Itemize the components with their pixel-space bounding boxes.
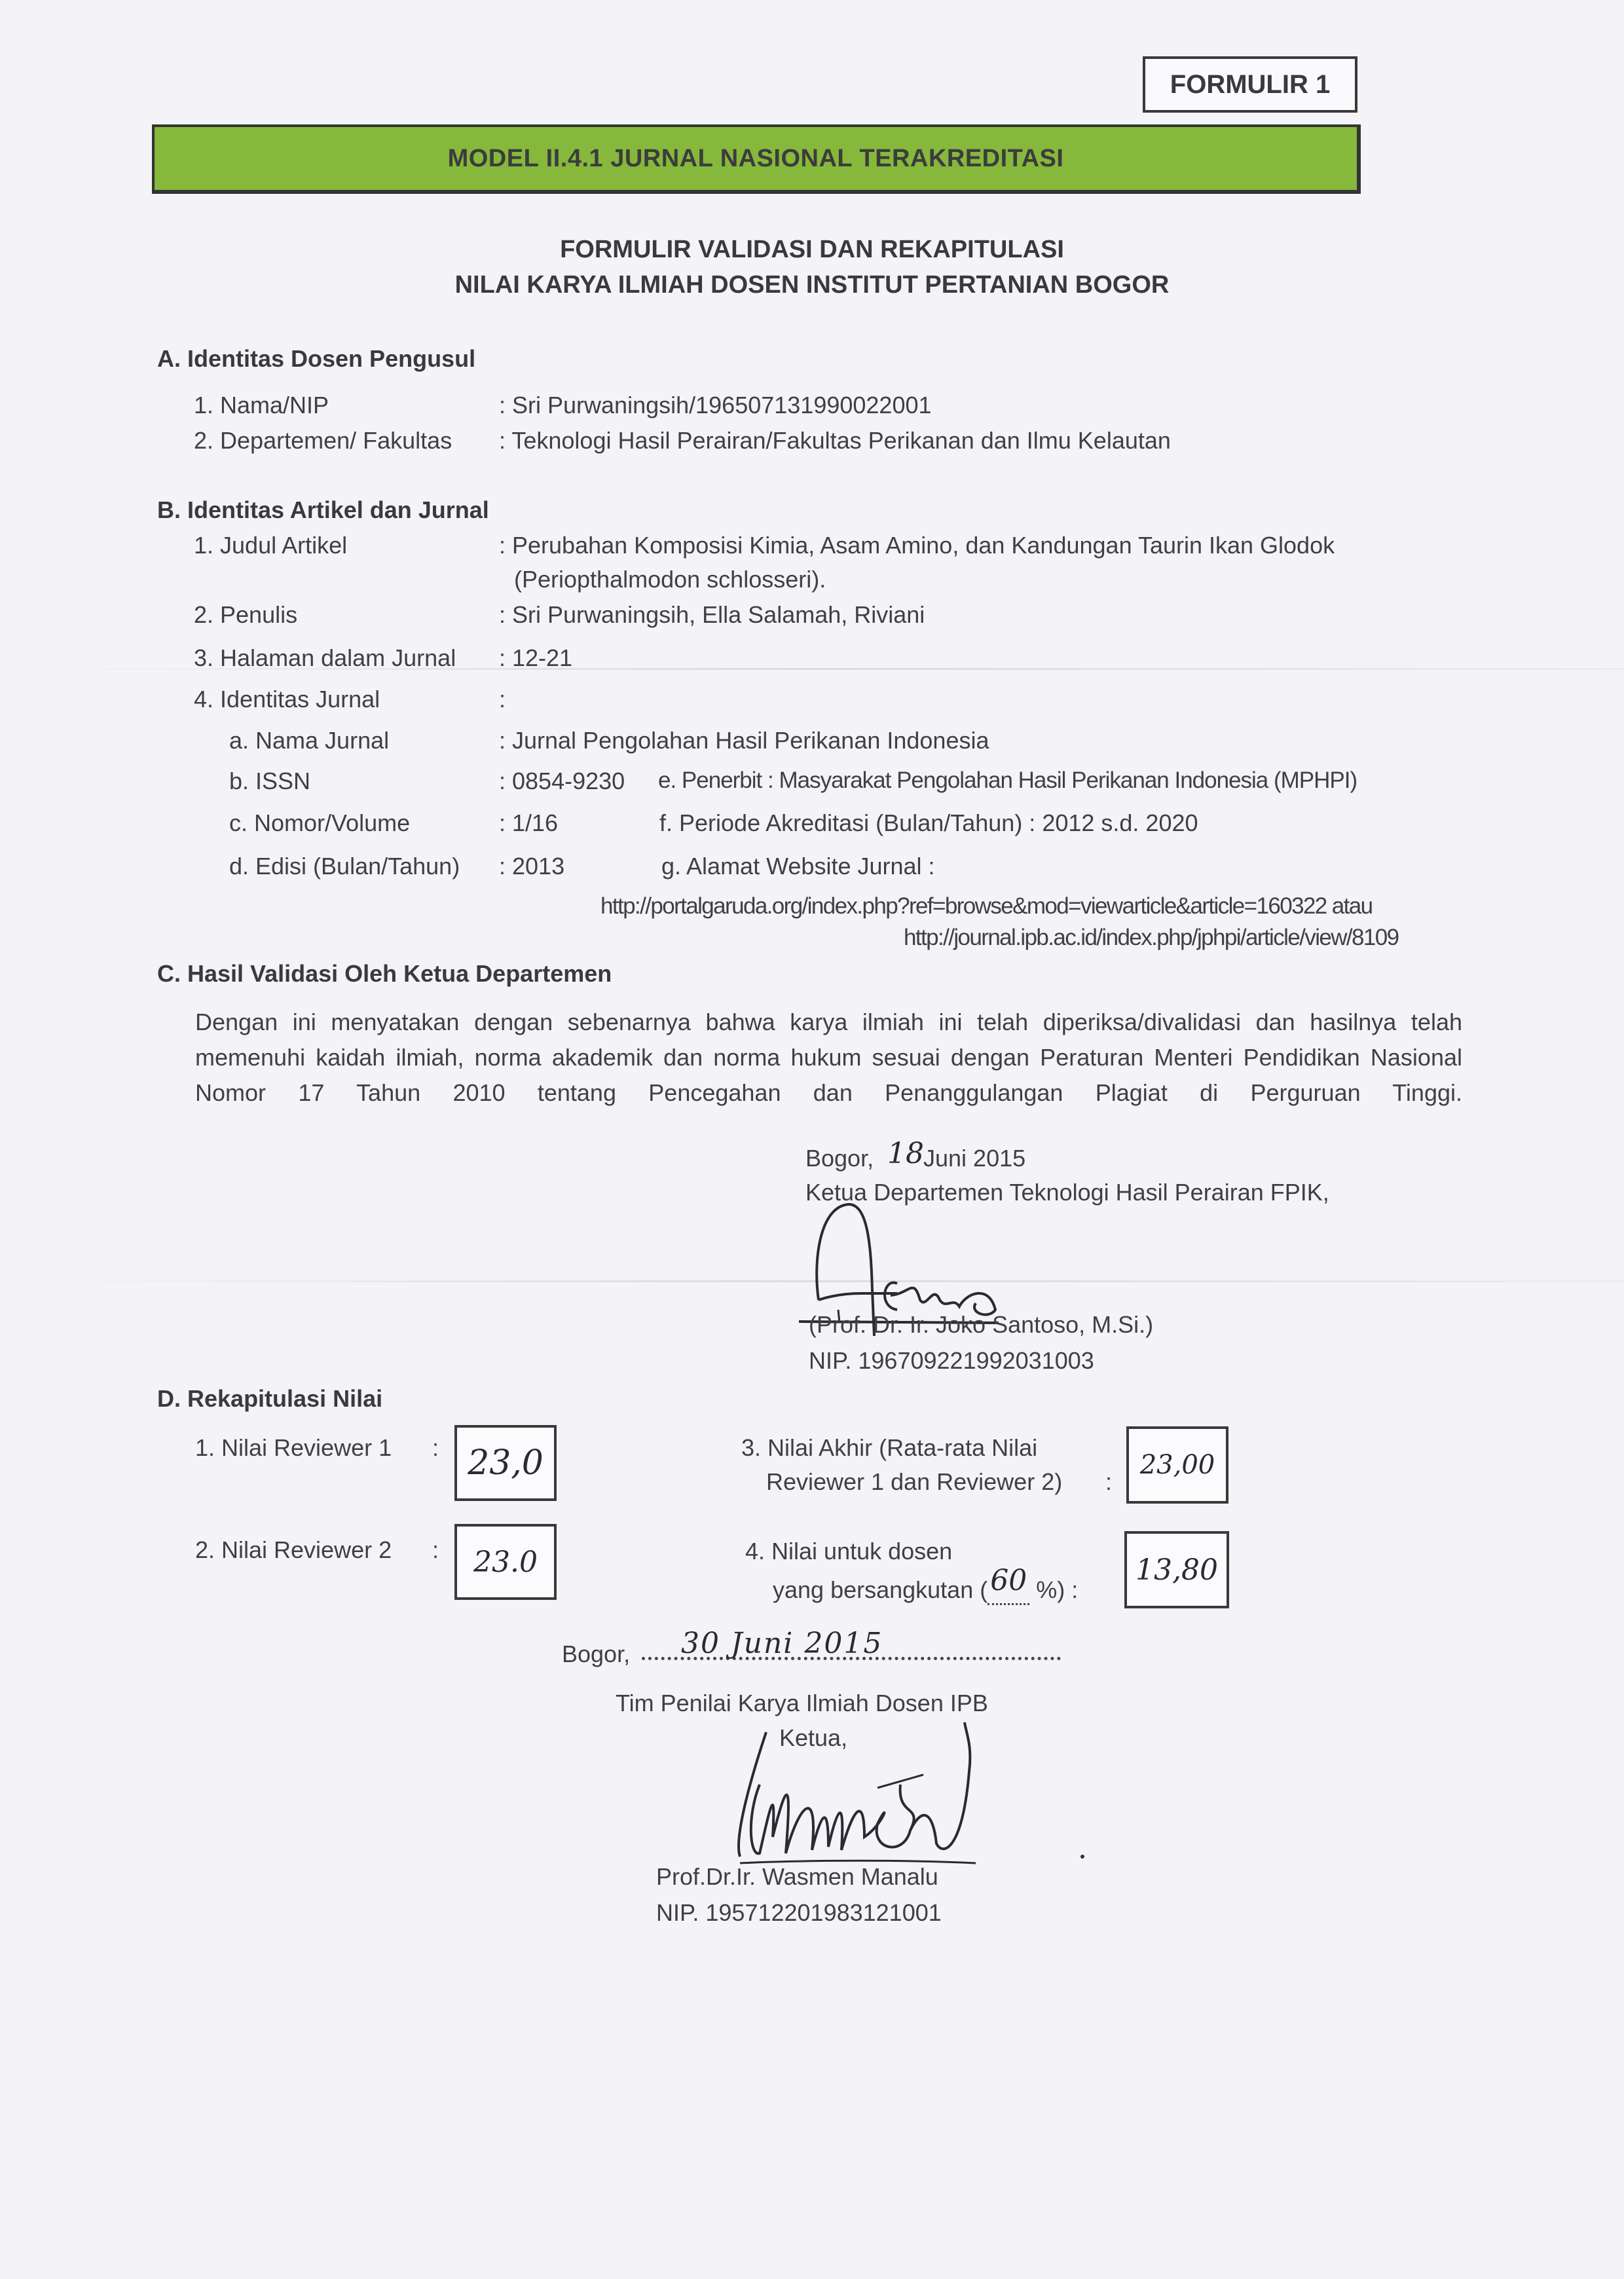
page-title-line2: NILAI KARYA ILMIAH DOSEN INSTITUT PERTAN… bbox=[0, 271, 1624, 299]
reviewer2-score-box[interactable]: 23.0 bbox=[454, 1524, 557, 1600]
reviewer1-label: 1. Nilai Reviewer 1 bbox=[195, 1434, 392, 1462]
validation-day-handwritten: 18 bbox=[887, 1137, 924, 1170]
departemen-label: 2. Departemen/ Fakultas bbox=[194, 427, 452, 454]
validation-statement: Dengan ini menyatakan dengan sebenarnya … bbox=[195, 1005, 1462, 1146]
identitas-jurnal-label: 4. Identitas Jurnal bbox=[194, 686, 380, 713]
lecturer-score-suffix: %) : bbox=[1029, 1576, 1078, 1603]
department-head-nip: NIP. 196709221992031003 bbox=[809, 1347, 1094, 1375]
website-label: g. Alamat Website Jurnal : bbox=[661, 853, 935, 880]
periode-akreditasi-text: f. Periode Akreditasi (Bulan/Tahun) : 20… bbox=[659, 809, 1198, 837]
penulis-value: : Sri Purwaningsih, Ella Salamah, Rivian… bbox=[499, 601, 925, 629]
nama-nip-label: 1. Nama/NIP bbox=[194, 392, 329, 419]
nama-nip-value: : Sri Purwaningsih/196507131990022001 bbox=[499, 392, 932, 419]
form-number-box: FORMULIR 1 bbox=[1143, 56, 1357, 113]
department-head-name: (Prof. Dr. Ir. Joko Santoso, M.Si.) bbox=[809, 1311, 1153, 1339]
lecturer-percent-handwritten: 60 bbox=[990, 1564, 1027, 1597]
reviewer2-score: 23.0 bbox=[473, 1546, 538, 1579]
penulis-label: 2. Penulis bbox=[194, 601, 297, 629]
judul-value-line2: (Perioptha­lmodon schlosseri). bbox=[514, 566, 826, 593]
halaman-label: 3. Halaman dalam Jurnal bbox=[194, 644, 456, 672]
nama-jurnal-value: : Jurnal Pengolahan Hasil Perikanan Indo… bbox=[499, 727, 989, 754]
lecturer-score-prefix: yang bersangkutan ( bbox=[773, 1576, 987, 1603]
form-number-label: FORMULIR 1 bbox=[1170, 70, 1330, 100]
final-score-colon: : bbox=[1105, 1468, 1112, 1496]
lecturer-score-label-line1: 4. Nilai untuk dosen bbox=[745, 1538, 952, 1565]
reviewer1-score: 23,0 bbox=[468, 1443, 544, 1483]
reviewer2-label: 2. Nilai Reviewer 2 bbox=[195, 1536, 392, 1564]
reviewer1-colon: : bbox=[432, 1434, 439, 1462]
model-banner-text: MODEL II.4.1 JURNAL NASIONAL TERAKREDITA… bbox=[448, 145, 1064, 173]
section-d-heading: D. Rekapitulasi Nilai bbox=[157, 1385, 382, 1413]
identitas-jurnal-colon: : bbox=[499, 686, 506, 713]
page-title-line1: FORMULIR VALIDASI DAN REKAPITULASI bbox=[0, 236, 1624, 264]
final-score-label-line2: Reviewer 1 dan Reviewer 2) bbox=[766, 1468, 1062, 1496]
lecturer-score-box[interactable]: 13,80 bbox=[1124, 1531, 1229, 1608]
team-head-name: Prof.Dr.Ir. Wasmen Manalu bbox=[656, 1863, 938, 1891]
section-b-heading: B. Identitas Artikel dan Jurnal bbox=[157, 496, 489, 524]
footer-date-handwritten: 30 Juni 2015 bbox=[681, 1627, 883, 1660]
lecturer-score: 13,80 bbox=[1135, 1553, 1218, 1587]
section-c-heading: C. Hasil Validasi Oleh Ketua Departemen bbox=[157, 960, 612, 988]
halaman-value: : 12-21 bbox=[499, 644, 572, 672]
edisi-label: d. Edisi (Bulan/Tahun) bbox=[229, 853, 460, 880]
judul-label: 1. Judul Artikel bbox=[194, 532, 347, 559]
department-head-signature bbox=[799, 1185, 1008, 1329]
final-score-label-line1: 3. Nilai Akhir (Rata-rata Nilai bbox=[741, 1434, 1037, 1462]
departemen-value: : Teknologi Hasil Perairan/Fakultas Peri… bbox=[499, 427, 1171, 454]
edisi-value: : 2013 bbox=[499, 853, 564, 880]
final-score: 23,00 bbox=[1140, 1450, 1215, 1480]
issn-label: b. ISSN bbox=[229, 768, 310, 795]
model-banner: MODEL II.4.1 JURNAL NASIONAL TERAKREDITA… bbox=[152, 124, 1361, 194]
validation-place: Bogor, bbox=[805, 1145, 874, 1172]
lecturer-score-label-line2: yang bersangkutan (60 %) : bbox=[773, 1572, 1078, 1605]
judul-value: : Perubahan Komposisi Kimia, Asam Amino,… bbox=[499, 532, 1335, 559]
issn-value: : 0854-9230 bbox=[499, 768, 625, 795]
nomor-volume-value: : 1/16 bbox=[499, 809, 558, 837]
section-a-heading: A. Identitas Dosen Pengusul bbox=[157, 345, 475, 373]
ink-dot bbox=[1080, 1855, 1084, 1859]
team-head-signature bbox=[714, 1706, 1080, 1876]
footer-place: Bogor, bbox=[562, 1640, 630, 1668]
website-url-2[interactable]: http://journal.ipb.ac.id/index.php/jphpi… bbox=[904, 925, 1399, 951]
penerbit-text: e. Penerbit : Masyarakat Pengolahan Hasi… bbox=[658, 768, 1357, 794]
nomor-volume-label: c. Nomor/Volume bbox=[229, 809, 410, 837]
reviewer1-score-box[interactable]: 23,0 bbox=[454, 1425, 557, 1501]
validation-month-year: Juni 2015 bbox=[923, 1145, 1025, 1172]
final-score-box[interactable]: 23,00 bbox=[1126, 1426, 1228, 1504]
reviewer2-colon: : bbox=[432, 1536, 439, 1564]
nama-jurnal-label: a. Nama Jurnal bbox=[229, 727, 389, 754]
website-url-1[interactable]: http://portalgaruda.org/index.php?ref=br… bbox=[600, 893, 1373, 919]
team-head-nip: NIP. 195712201983121001 bbox=[656, 1899, 942, 1927]
